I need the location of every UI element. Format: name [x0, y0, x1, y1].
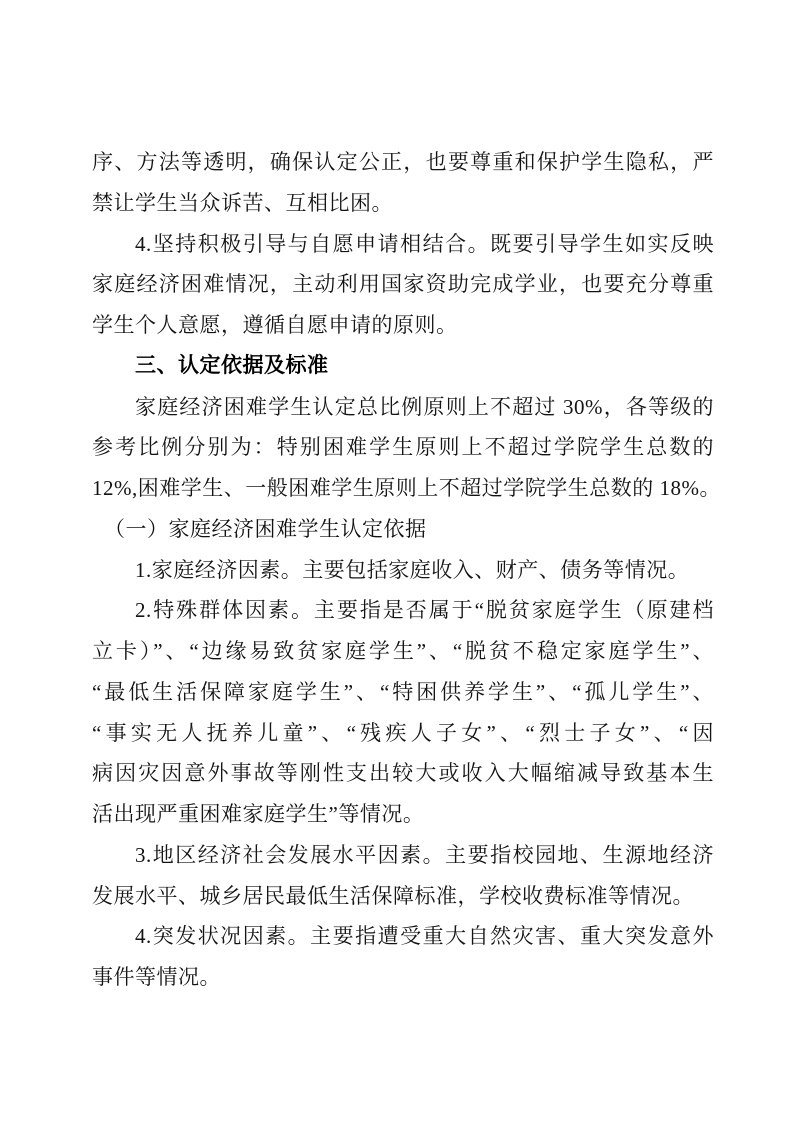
text-line: 12%,困难学生、一般困难学生原则上不超过学院学生总数的 18%。 — [92, 468, 714, 509]
text-line: 禁让学生当众诉苦、互相比困。 — [92, 183, 714, 224]
text-line: 1.家庭经济因素。主要包括家庭收入、财产、债务等情况。 — [92, 550, 714, 591]
text-line: 4.突发状况因素。主要指遭受重大自然灾害、重大突发意外 — [92, 916, 714, 957]
document-page: 序、方法等透明，确保认定公正，也要尊重和保护学生隐私，严禁让学生当众诉苦、互相比… — [0, 0, 793, 1122]
text-line: “事实无人抚养儿童”、“残疾人子女”、“烈士子女”、“因 — [92, 713, 714, 754]
text-line: 立卡）”、“边缘易致贫家庭学生”、“脱贫不稳定家庭学生”、 — [92, 631, 714, 672]
text-line: 参考比例分别为：特别困难学生原则上不超过学院学生总数的 — [92, 427, 714, 468]
text-line: 活出现严重困难家庭学生”等情况。 — [92, 794, 714, 835]
text-line: 家庭经济困难学生认定总比例原则上不超过 30%，各等级的 — [92, 387, 714, 428]
text-line: 2.特殊群体因素。主要指是否属于“脱贫家庭学生（原建档 — [92, 590, 714, 631]
text-line: 4.坚持积极引导与自愿申请相结合。既要引导学生如实反映 — [92, 224, 714, 265]
text-line: 家庭经济困难情况，主动利用国家资助完成学业，也要充分尊重 — [92, 264, 714, 305]
document-body: 序、方法等透明，确保认定公正，也要尊重和保护学生隐私，严禁让学生当众诉苦、互相比… — [92, 142, 714, 998]
text-line: 序、方法等透明，确保认定公正，也要尊重和保护学生隐私，严 — [92, 142, 714, 183]
text-line: 事件等情况。 — [92, 957, 714, 998]
text-line: 病因灾因意外事故等刚性支出较大或收入大幅缩减导致基本生 — [92, 753, 714, 794]
section-heading: 三、认定依据及标准 — [92, 346, 714, 387]
text-line: 发展水平、城乡居民最低生活保障标准，学校收费标准等情况。 — [92, 876, 714, 917]
text-line: “最低生活保障家庭学生”、“特困供养学生”、“孤儿学生”、 — [92, 672, 714, 713]
text-line: 学生个人意愿，遵循自愿申请的原则。 — [92, 305, 714, 346]
subsection-heading: （一）家庭经济困难学生认定依据 — [92, 509, 714, 550]
text-line: 3.地区经济社会发展水平因素。主要指校园地、生源地经济 — [92, 835, 714, 876]
